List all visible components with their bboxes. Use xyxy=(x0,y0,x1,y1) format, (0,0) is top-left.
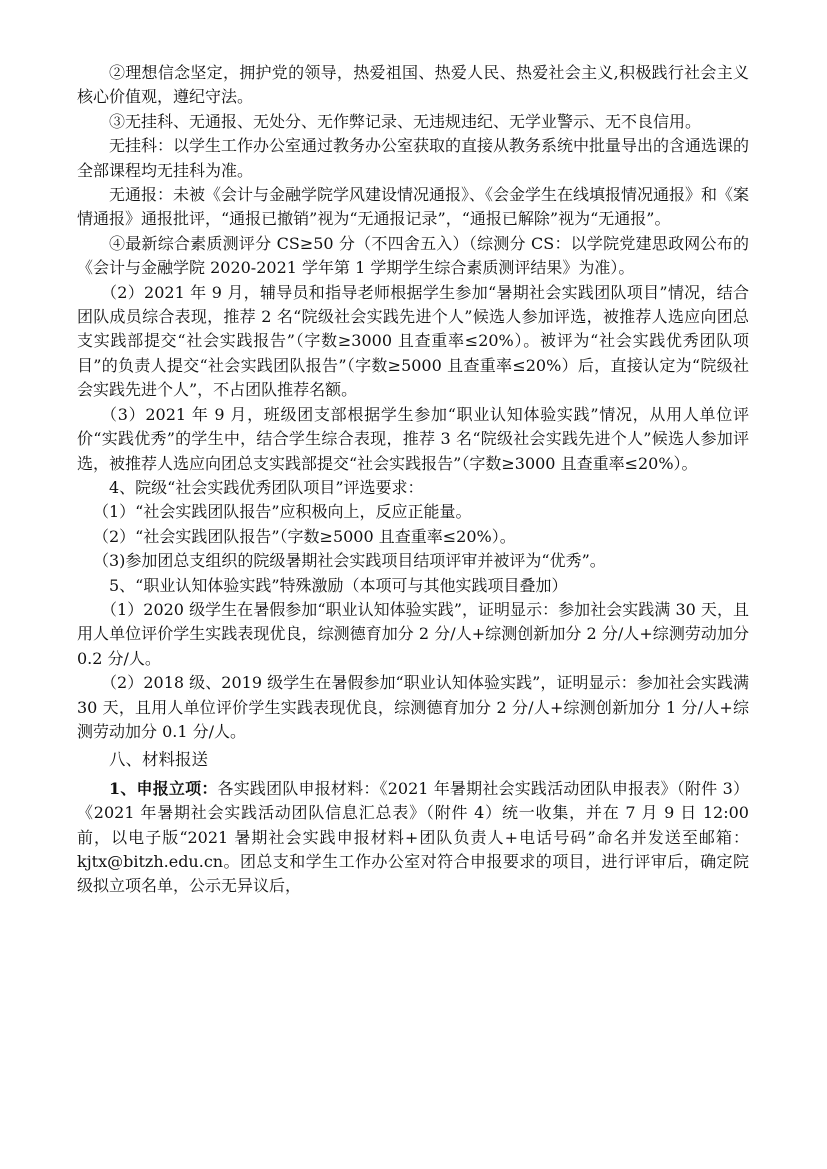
paragraph-team-recommendation: （2）2021 年 9 月，辅导员和指导老师根据学生参加“暑期社会实践团队项目”… xyxy=(77,281,749,403)
paragraph-incentive-2018-2019: （2）2018 级、2019 级学生在暑假参加“职业认知体验实践”，证明显示：参… xyxy=(77,671,749,744)
paragraph-cs-score: ④最新综合素质测评分 CS≥50 分（不四舍五入）（综测分 CS：以学院党建思政… xyxy=(77,232,749,281)
paragraph-team-criteria-heading: 4、院级“社会实践优秀团队项目”评选要求： xyxy=(77,476,749,500)
document-page: ②理想信念坚定，拥护党的领导，热爱祖国、热爱人民、热爱社会主义,积极践行社会主义… xyxy=(77,61,749,899)
paragraph-application: 1、申报立项：各实践团队申报材料：《2021 年暑期社会实践活动团队申报表》（附… xyxy=(77,777,749,899)
paragraph-no-violations: ③无挂科、无通报、无处分、无作弊记录、无违规违纪、无学业警示、无不良信用。 xyxy=(77,110,749,134)
paragraph-incentive-2020: （1）2020 级学生在暑假参加“职业认知体验实践”，证明显示：参加社会实践满 … xyxy=(77,598,749,671)
section-heading-materials: 八、材料报送 xyxy=(77,748,749,772)
paragraph-political-requirement: ②理想信念坚定，拥护党的领导，热爱祖国、热爱人民、热爱社会主义,积极践行社会主义… xyxy=(77,61,749,110)
paragraph-no-notices: 无通报：未被《会计与金融学院学风建设情况通报》、《会金学生在线填报情况通报》和《… xyxy=(77,183,749,232)
paragraph-class-recommendation: （3）2021 年 9 月，班级团支部根据学生参加“职业认知体验实践”情况，从用… xyxy=(77,403,749,476)
paragraph-criteria-2: （2）“社会实践团队报告”（字数≥5000 且查重率≤20%）。 xyxy=(77,525,749,549)
application-label: 1、申报立项： xyxy=(109,779,218,798)
paragraph-special-incentive-heading: 5、“职业认知体验实践”特殊激励（本项可与其他实践项目叠加） xyxy=(77,574,749,598)
paragraph-criteria-1: （1）“社会实践团队报告”应积极向上，反应正能量。 xyxy=(77,500,749,524)
paragraph-no-failed-courses: 无挂科：以学生工作办公室通过教务办公室获取的直接从教务系统中批量导出的含通选课的… xyxy=(77,134,749,183)
paragraph-criteria-3: （3)参加团总支组织的院级暑期社会实践项目结项评审并被评为“优秀”。 xyxy=(77,549,749,573)
